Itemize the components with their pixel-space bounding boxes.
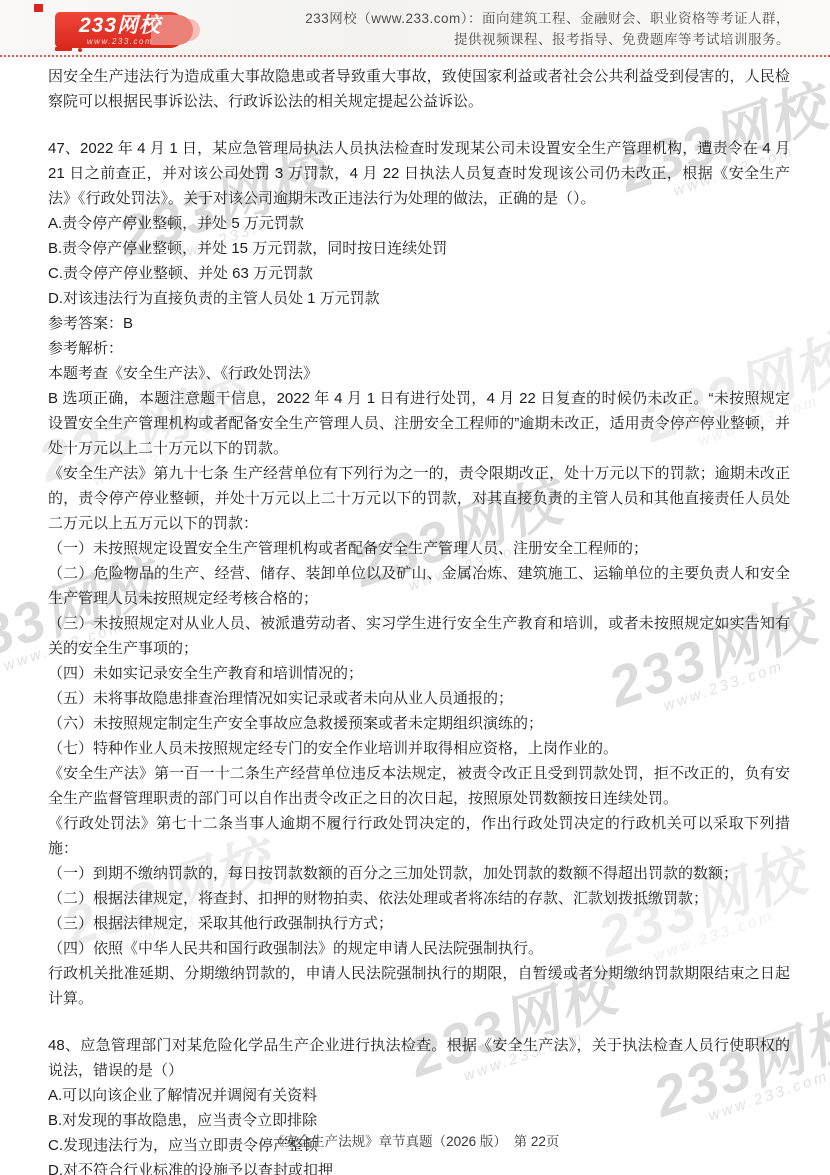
question-47-analysis-paragraph: （三）根据法律规定，采取其他行政强制执行方式； [48, 911, 790, 936]
question-47-answer: 参考答案：B [48, 311, 790, 336]
page-footer: 《安全生产法规》章节真题（2026 版） 第 22页 [0, 1130, 830, 1150]
brand-logo-text: 233网校 [55, 15, 185, 37]
question-47-analysis-paragraph: （二）根据法律规定，将查封、扣押的财物拍卖、依法处理或者将冻结的存款、汇款划拨抵… [48, 886, 790, 911]
question-47-analysis-paragraph: （七）特种作业人员未按照规定经专门的安全作业培训并取得相应资格，上岗作业的。 [48, 736, 790, 761]
question-48-option-a: A.可以向该企业了解情况并调阅有关资料 [48, 1083, 790, 1108]
question-47-analysis-paragraph: （三）未按照规定对从业人员、被派遣劳动者、实习学生进行安全生产教育和培训，或者未… [48, 611, 790, 661]
question-47-analysis-paragraph: （二）危险物品的生产、经营、储存、装卸单位以及矿山、金属冶炼、建筑施工、运输单位… [48, 561, 790, 611]
header-tagline-line2: 提供视频课程、报考指导、免费题库等考试培训服务。 [305, 29, 790, 50]
question-47-option-d: D.对该违法行为直接负责的主管人员处 1 万元罚款 [48, 286, 790, 311]
question-47-analysis-paragraph: （六）未按照规定制定生产安全事故应急救援预案或者未定期组织演练的； [48, 711, 790, 736]
question-47-analysis-paragraph: 《安全生产法》第九十七条 生产经营单位有下列行为之一的，责令限期改正，处十万元以… [48, 461, 790, 536]
question-47-analysis-paragraph: （四）依照《中华人民共和国行政强制法》的规定申请人民法院强制执行。 [48, 936, 790, 961]
question-47-analysis-label: 参考解析： [48, 336, 790, 361]
logo-underline-dot [78, 48, 82, 52]
page-header: 233网校 www.233.com 233网校（www.233.com）：面向建… [0, 0, 830, 57]
intro-paragraph: 因安全生产违法行为造成重大事故隐患或者导致重大事故，致使国家利益或者社会公共利益… [48, 64, 790, 114]
question-47-analysis-paragraph: （一）到期不缴纳罚款的，每日按罚款数额的百分之三加处罚款，加处罚款的数额不得超出… [48, 861, 790, 886]
header-tagline-line1: 233网校（www.233.com）：面向建筑工程、金融财会、职业资格等考证人群… [305, 8, 790, 29]
document-body: 因安全生产违法行为造成重大事故隐患或者导致重大事故，致使国家利益或者社会公共利益… [48, 64, 790, 1175]
question-47-analysis-paragraph: （四）未如实记录安全生产教育和培训情况的； [48, 661, 790, 686]
question-47-analysis-paragraph: （一）未按照规定设置安全生产管理机构或者配备安全生产管理人员、注册安全工程师的； [48, 536, 790, 561]
question-47-stem: 47、2022 年 4 月 1 日，某应急管理局执法人员执法检查时发现某公司未设… [48, 136, 790, 211]
question-47-analysis-paragraph: 《安全生产法》第一百一十二条生产经营单位违反本法规定，被责令改正且受到罚款处罚，… [48, 761, 790, 811]
brand-logo: 233网校 www.233.com [55, 12, 185, 48]
header-tagline: 233网校（www.233.com）：面向建筑工程、金融财会、职业资格等考证人群… [305, 8, 790, 50]
question-47-analysis-paragraph: 行政机关批准延期、分期缴纳罚款的，申请人民法院强制执行的期限，自暂缓或者分期缴纳… [48, 961, 790, 1011]
question-47-analysis-paragraph: B 选项正确，本题注意题干信息，2022 年 4 月 1 日有进行处罚，4 月 … [48, 386, 790, 461]
question-47-option-b: B.责令停产停业整顿，并处 15 万元罚款，同时按日连续处罚 [48, 236, 790, 261]
logo-corner-mark [34, 4, 43, 12]
question-47-option-a: A.责令停产停业整顿，并处 5 万元罚款 [48, 211, 790, 236]
question-47-analysis-paragraph: 本题考查《安全生产法》、《行政处罚法》 [48, 361, 790, 386]
question-48-stem: 48、应急管理部门对某危险化学品生产企业进行执法检查。根据《安全生产法》，关于执… [48, 1033, 790, 1083]
question-47-analysis-paragraph: 《行政处罚法》第七十二条当事人逾期不履行行政处罚决定的，作出行政处罚决定的行政机… [48, 811, 790, 861]
question-48-option-d: D.对不符合行业标准的设施予以查封或扣押 [48, 1158, 790, 1175]
question-47-analysis-paragraph: （五）未将事故隐患排查治理情况如实记录或者未向从业人员通报的； [48, 686, 790, 711]
question-47-option-c: C.责令停产停业整顿、并处 63 万元罚款 [48, 261, 790, 286]
brand-logo-url: www.233.com [55, 37, 185, 46]
